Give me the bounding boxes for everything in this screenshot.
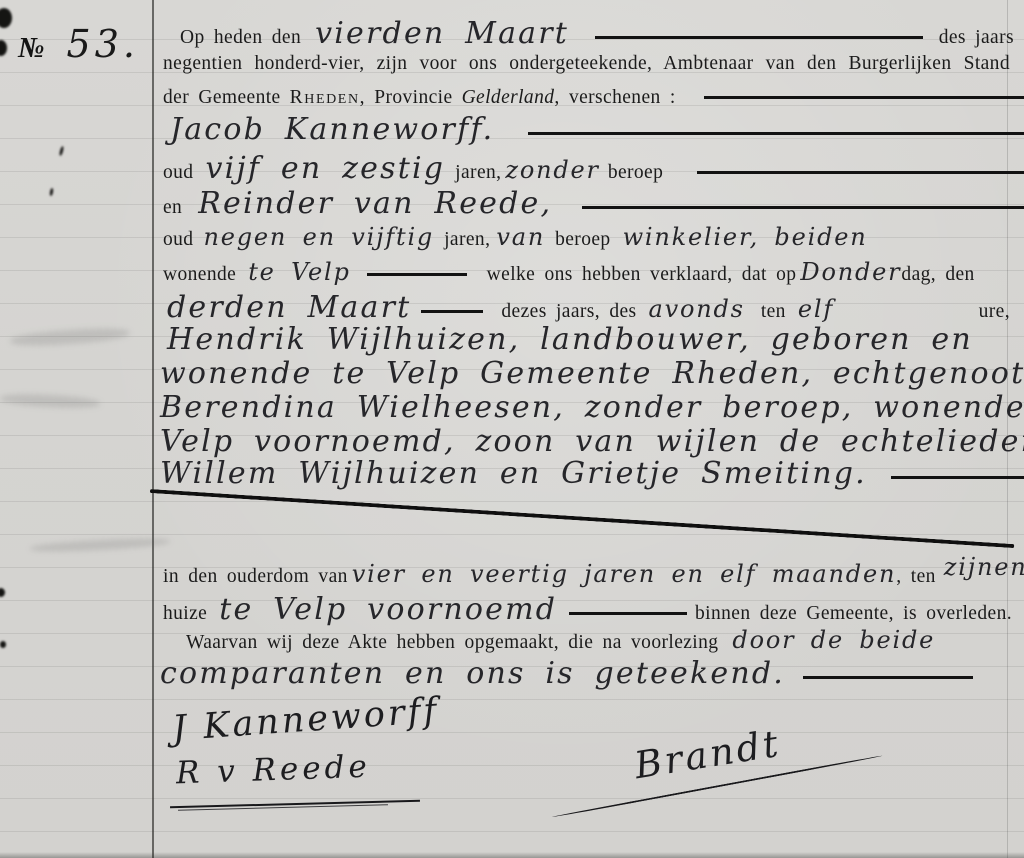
fill-line xyxy=(569,612,687,615)
hw-place-of-death: te Velp voornoemd xyxy=(219,592,557,627)
act-line-14: Willem Wijlhuizen en Grietje Smeiting. xyxy=(160,456,1024,491)
printed-text: dezes jaars, des xyxy=(501,301,636,323)
hw-declarant2-occupation: winkelier, beiden xyxy=(623,223,868,251)
fill-line xyxy=(367,273,467,276)
bleed-through-ghost xyxy=(0,392,100,409)
printed-text: binnen deze Gemeente, is overleden. xyxy=(695,603,1012,625)
hw-possessive: zijnen xyxy=(944,553,1024,581)
printed-text: ten xyxy=(761,301,786,323)
printed-text: Waarvan wij deze Akte hebben opgemaakt, … xyxy=(186,632,718,654)
fill-line xyxy=(803,676,973,679)
printed-text: ure, xyxy=(979,301,1010,323)
ink-smudge xyxy=(0,588,5,597)
printed-text: beroep xyxy=(555,229,610,251)
hw-hour: elf xyxy=(798,295,834,323)
printed-text: in den ouderdom van xyxy=(163,566,348,588)
number-sign: № xyxy=(18,32,45,65)
act-line-17: huize te Velp voornoemd binnen deze Geme… xyxy=(163,592,1012,627)
printed-text: oud xyxy=(163,229,193,251)
hw-closing-phrase: comparanten en ons is geteekend. xyxy=(160,656,785,691)
ink-smudge xyxy=(0,8,12,28)
act-line-8: wonende te Velp welke ons hebben verklaa… xyxy=(163,258,975,286)
hw-declarants-residence: te Velp xyxy=(248,258,350,286)
fill-line xyxy=(595,36,923,39)
strike-line xyxy=(150,489,1014,548)
fill-line xyxy=(582,206,1024,209)
margin-rule xyxy=(152,0,154,858)
hw-death-date: derden Maart xyxy=(167,290,411,325)
act-number-block: № 53. xyxy=(18,22,139,66)
hw-closing-phrase: door de beide xyxy=(732,626,935,654)
printed-text: , Provincie xyxy=(360,87,453,109)
hw-occupation-prefix: zonder xyxy=(505,156,599,184)
page-bottom-edge xyxy=(0,852,1024,858)
ink-smudge xyxy=(0,641,6,648)
act-line-16: in den ouderdom van vier en veertig jare… xyxy=(163,560,1024,588)
act-line-13: Velp voornoemd, zoon van wijlen de echte… xyxy=(160,424,1024,459)
fill-line xyxy=(528,132,1024,135)
pen-tick xyxy=(49,188,53,196)
ink-smudge xyxy=(0,40,7,56)
act-number: 53. xyxy=(67,22,139,66)
fill-line xyxy=(697,171,1024,174)
printed-text: der Gemeente xyxy=(163,87,281,109)
hw-parents-names: Willem Wijlhuizen en Grietje Smeiting. xyxy=(160,456,867,491)
pen-tick xyxy=(59,146,64,156)
act-line-4: Jacob Kanneworff. xyxy=(170,112,1024,147)
signature-declarant2: R v Reede xyxy=(175,749,371,792)
hw-deceased-description: Velp voornoemd, zoon van wijlen de echte… xyxy=(160,424,1024,459)
act-line-6: en Reinder van Reede, xyxy=(163,186,1024,221)
printed-text: Op heden den xyxy=(180,27,301,49)
printed-text: , verschenen : xyxy=(554,87,675,109)
signature-declarant1: J Kanneworff xyxy=(171,691,441,750)
printed-text: jaren, xyxy=(455,162,501,184)
hw-deceased-description: wonende te Velp Gemeente Rheden, echtgen… xyxy=(160,356,1024,391)
bleed-through-ghost xyxy=(10,326,131,348)
act-line-18: Waarvan wij deze Akte hebben opgemaakt, … xyxy=(186,626,935,654)
bleed-through-ghost xyxy=(30,536,170,553)
act-line-9: derden Maart dezes jaars, des avonds ten… xyxy=(167,290,1010,325)
printed-text: des jaars xyxy=(939,27,1014,49)
hw-declarant2-name: Reinder van Reede, xyxy=(198,186,552,221)
printed-text: welke ons hebben verklaard, dat op xyxy=(487,264,797,286)
fill-line xyxy=(421,310,483,313)
hw-deceased-description: Berendina Wielheesen, zonder beroep, won… xyxy=(160,390,1024,425)
act-line-12: Berendina Wielheesen, zonder beroep, won… xyxy=(160,390,1024,425)
fill-line xyxy=(704,96,1024,99)
hw-age-at-death: vier en veertig jaren en elf maanden xyxy=(352,560,896,588)
printed-text: wonende xyxy=(163,264,236,286)
printed-text: beroep xyxy=(608,162,663,184)
municipality-name: Rheden xyxy=(290,87,360,109)
province-name: Gelderland xyxy=(462,87,555,109)
printed-text: , ten xyxy=(896,566,936,588)
act-line-10: Hendrik Wijlhuizen, landbouwer, geboren … xyxy=(167,322,973,357)
printed-text: jaren, xyxy=(444,229,490,251)
act-line-7: oud negen en vijftig jaren, van beroep w… xyxy=(163,223,868,251)
hw-declarant1-name: Jacob Kanneworff. xyxy=(170,112,494,147)
death-certificate-scan: № 53. Op heden den vierden Maart des jaa… xyxy=(0,0,1024,858)
act-line-2: negentien honderd-vier, zijn voor ons on… xyxy=(163,53,1010,75)
hw-act-date: vierden Maart xyxy=(315,16,569,51)
act-line-5: oud vijf en zestig jaren, zonder beroep xyxy=(163,151,1024,186)
act-line-19: comparanten en ons is geteekend. xyxy=(160,656,973,691)
printed-text: dag, den xyxy=(901,264,974,286)
printed-text: oud xyxy=(163,162,193,184)
act-line-11: wonende te Velp Gemeente Rheden, echtgen… xyxy=(160,356,1024,391)
hw-occupation-prefix: van xyxy=(496,223,545,251)
hw-deceased-description: Hendrik Wijlhuizen, landbouwer, geboren … xyxy=(167,322,973,357)
printed-text: negentien honderd-vier, zijn voor ons on… xyxy=(163,53,1010,75)
hw-declarant1-age: vijf en zestig xyxy=(205,151,445,186)
act-line-3: der Gemeente Rheden , Provincie Gelderla… xyxy=(163,87,1024,109)
printed-text: huize xyxy=(163,603,207,625)
hw-declarant2-age: negen en vijftig xyxy=(203,223,434,251)
fill-line xyxy=(891,476,1024,479)
printed-text: en xyxy=(163,197,182,219)
hw-weekday: Donder xyxy=(800,258,901,286)
act-line-1: Op heden den vierden Maart des jaars xyxy=(180,16,1014,51)
hw-daypart: avonds xyxy=(649,295,745,323)
